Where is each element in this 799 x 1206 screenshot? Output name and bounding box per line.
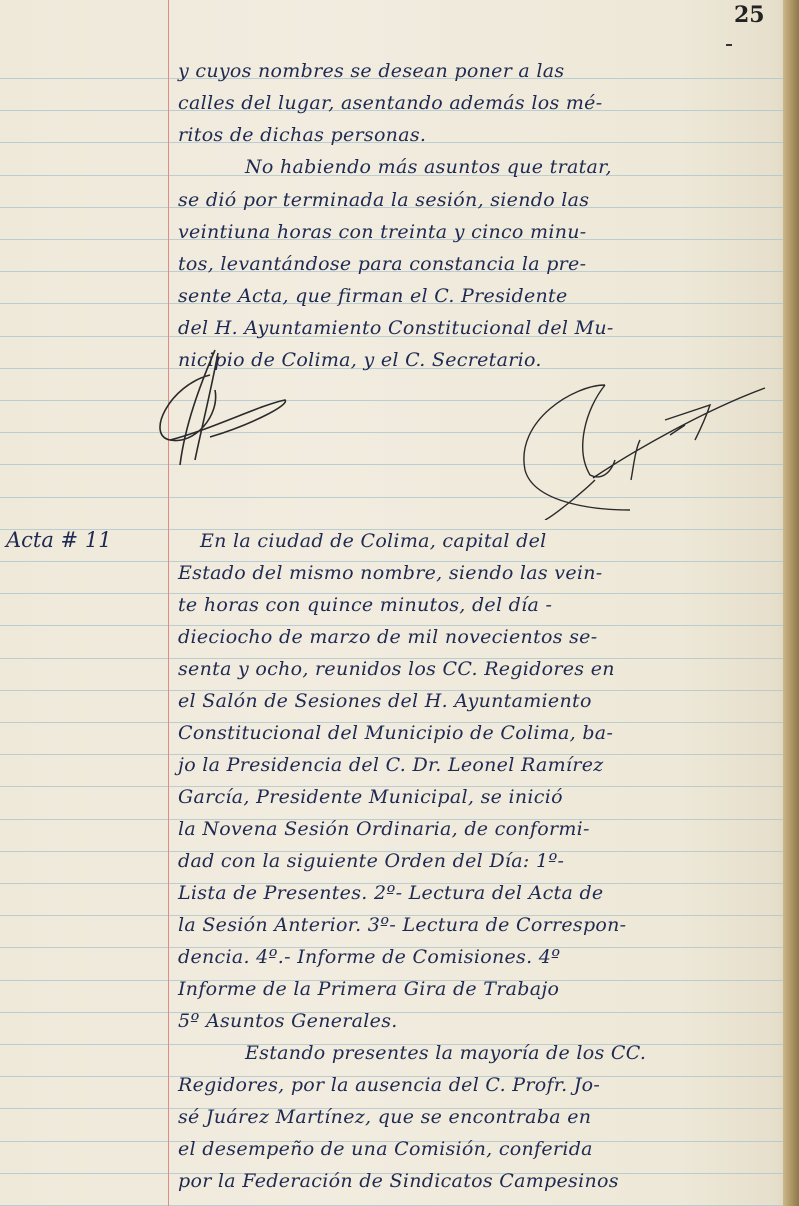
text-line: García, Presidente Municipal, se inició bbox=[178, 786, 778, 808]
text-line: senta y ocho, reunidos los CC. Regidores… bbox=[178, 658, 778, 680]
text-line: se dió por terminada la sesión, siendo l… bbox=[178, 189, 778, 211]
text-line: Constitucional del Municipio de Colima, … bbox=[178, 722, 778, 744]
page-number: 25 bbox=[734, 2, 765, 28]
text-line: calles del lugar, asentando además los m… bbox=[178, 92, 778, 114]
red-margin-line bbox=[168, 0, 169, 1206]
text-line: y cuyos nombres se desean poner a las bbox=[178, 60, 778, 82]
signature-president bbox=[140, 345, 300, 475]
text-line: No habiendo más asuntos que tratar, bbox=[245, 156, 799, 178]
text-line: veintiuna horas con treinta y cinco minu… bbox=[178, 221, 778, 243]
act-margin-label: Acta # 11 bbox=[6, 528, 112, 552]
text-line: dencia. 4º.- Informe de Comisiones. 4º bbox=[178, 946, 778, 968]
text-line: Regidores, por la ausencia del C. Profr.… bbox=[178, 1074, 778, 1096]
text-line: dieciocho de marzo de mil novecientos se… bbox=[178, 626, 778, 648]
text-line: Informe de la Primera Gira de Trabajo bbox=[178, 978, 778, 1000]
page-binding-edge bbox=[783, 0, 799, 1206]
pencil-mark bbox=[726, 44, 732, 46]
text-line: por la Federación de Sindicatos Campesin… bbox=[178, 1170, 778, 1192]
text-line: sé Juárez Martínez, que se encontraba en bbox=[178, 1106, 778, 1128]
text-line: del H. Ayuntamiento Constitucional del M… bbox=[178, 317, 778, 339]
text-line: Lista de Presentes. 2º- Lectura del Acta… bbox=[178, 882, 778, 904]
text-line: sente Acta, que firman el C. Presidente bbox=[178, 285, 778, 307]
text-line: dad con la siguiente Orden del Día: 1º- bbox=[178, 850, 778, 872]
text-line: tos, levantándose para constancia la pre… bbox=[178, 253, 778, 275]
text-line: la Novena Sesión Ordinaria, de conformi- bbox=[178, 818, 778, 840]
text-line: En la ciudad de Colima, capital del bbox=[200, 530, 799, 552]
ledger-page: 25 y cuyos nombres se desean poner a las… bbox=[0, 0, 799, 1206]
text-line: 5º Asuntos Generales. bbox=[178, 1010, 778, 1032]
signature-secretary bbox=[505, 380, 775, 520]
text-line: ritos de dichas personas. bbox=[178, 124, 778, 146]
text-line: Estando presentes la mayoría de los CC. bbox=[245, 1042, 799, 1064]
text-line: Estado del mismo nombre, siendo las vein… bbox=[178, 562, 778, 584]
text-line: jo la Presidencia del C. Dr. Leonel Ramí… bbox=[178, 754, 778, 776]
text-line: el desempeño de una Comisión, conferida bbox=[178, 1138, 778, 1160]
text-line: el Salón de Sesiones del H. Ayuntamiento bbox=[178, 690, 778, 712]
text-line: te horas con quince minutos, del día - bbox=[178, 594, 778, 616]
text-line: la Sesión Anterior. 3º- Lectura de Corre… bbox=[178, 914, 778, 936]
